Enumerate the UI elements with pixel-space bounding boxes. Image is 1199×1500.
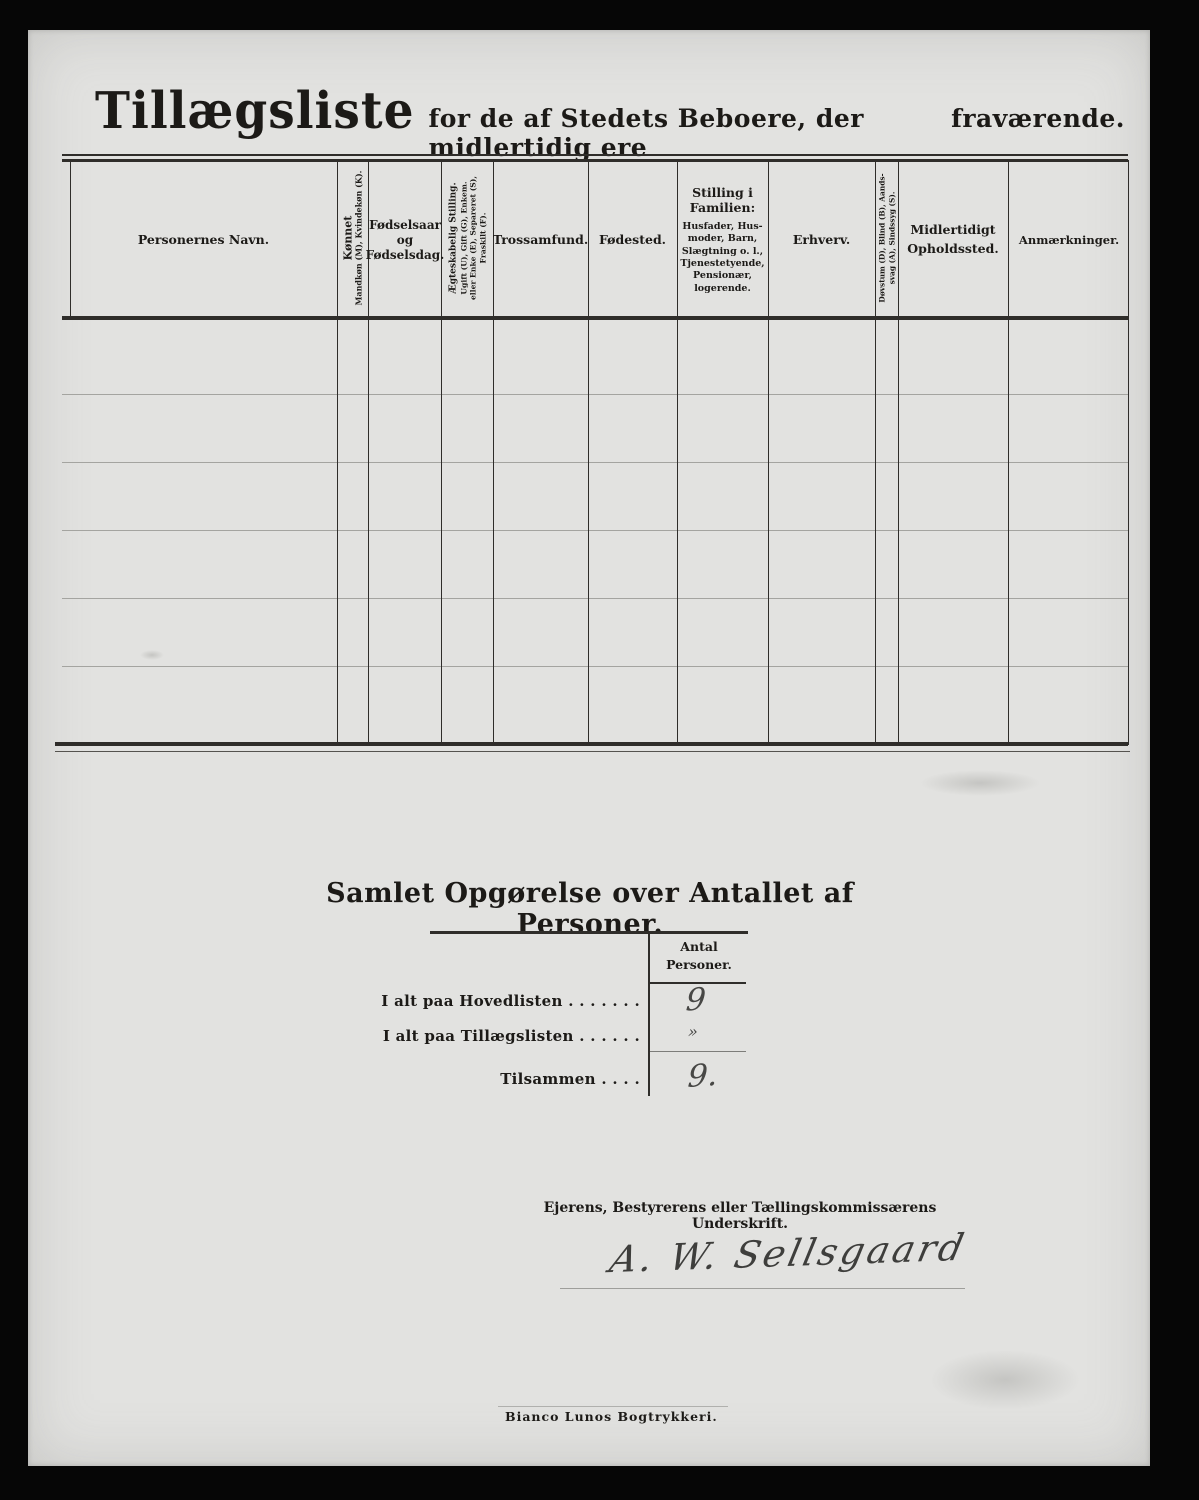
handwritten-count-hovedlisten: 9 bbox=[685, 981, 707, 1018]
table-top-rule-thin bbox=[62, 154, 1128, 156]
handwritten-count-tillaegslisten: » bbox=[687, 1022, 698, 1042]
column-label: Midlertidigt Opholdssted. bbox=[907, 221, 998, 259]
column-label: Erhverv. bbox=[793, 232, 850, 248]
header-bottom-rule bbox=[62, 316, 1128, 320]
row-divider bbox=[62, 530, 1128, 531]
column-label: Personernes Navn. bbox=[138, 232, 269, 248]
form-title: Tillægsliste for de af Stedets Beboere, … bbox=[95, 84, 1125, 162]
summary-row-label-tillaegslisten: I alt paa Tillægslisten . . . . . . bbox=[340, 1027, 640, 1045]
signature-line bbox=[560, 1288, 965, 1289]
column-divider bbox=[898, 160, 899, 745]
row-divider bbox=[62, 462, 1128, 463]
column-sublabel: Ugift (U), Gift (G), Enkem. eller Enke (… bbox=[459, 162, 487, 314]
column-header-trossamfund: Trossamfund. bbox=[495, 166, 586, 314]
column-sublabel: Mandkøn (M), Kvindekøn (K). bbox=[355, 162, 365, 314]
column-divider bbox=[70, 160, 71, 316]
column-divider bbox=[677, 160, 678, 745]
column-label: Døvstum (D), Blind (B), Aands- svag (A),… bbox=[877, 162, 896, 314]
column-header-fodselsaar: Fødselsaar og Fødselsdag. bbox=[370, 166, 440, 314]
scan-smudge bbox=[920, 770, 1040, 796]
row-divider bbox=[62, 598, 1128, 599]
column-sublabel: Husfader, Hus- moder, Barn, Slægtning o.… bbox=[680, 221, 764, 295]
scanned-census-form: Tillægsliste for de af Stedets Beboere, … bbox=[0, 0, 1199, 1500]
table-bottom-rule-thick bbox=[55, 742, 1128, 746]
column-label: Anmærkninger. bbox=[1019, 233, 1119, 247]
form-title-main: Tillægsliste bbox=[95, 82, 414, 141]
scan-smudge bbox=[930, 1350, 1080, 1410]
summary-count-header: Antal Personer. bbox=[650, 938, 748, 974]
footer-rule bbox=[498, 1406, 728, 1407]
printer-imprint: Bianco Lunos Bogtrykkeri. bbox=[505, 1409, 718, 1424]
column-divider bbox=[768, 160, 769, 745]
column-header-erhverv: Erhverv. bbox=[770, 166, 873, 314]
column-header-opholdssted: Midlertidigt Opholdssted. bbox=[900, 166, 1006, 314]
column-header-dovstum: Døvstum (D), Blind (B), Aands- svag (A),… bbox=[876, 162, 897, 314]
column-divider bbox=[1008, 160, 1009, 745]
row-divider bbox=[62, 666, 1128, 667]
row-divider bbox=[62, 394, 1128, 395]
scan-smudge bbox=[140, 650, 164, 660]
column-label: Fødested. bbox=[599, 232, 666, 248]
table-bottom-rule-thin bbox=[55, 751, 1130, 752]
table-right-border bbox=[1128, 160, 1129, 745]
column-header-konnet: Kønnet Mandkøn (M), Kvindekøn (K). bbox=[338, 162, 368, 314]
summary-sum-rule bbox=[650, 1051, 746, 1052]
column-header-personernes-navn: Personernes Navn. bbox=[72, 166, 335, 314]
table-top-rule-thick bbox=[62, 159, 1128, 162]
form-title-emphasis: fraværende. bbox=[951, 104, 1125, 133]
column-label: Fødselsaar og Fødselsdag. bbox=[366, 218, 445, 263]
column-header-anmaerkninger: Anmærkninger. bbox=[1010, 166, 1128, 314]
column-header-stilling-i-familien: Stilling i Familien: Husfader, Hus- mode… bbox=[679, 166, 766, 314]
column-header-aegteskabelig-stilling: Ægteskabelig Stilling. Ugift (U), Gift (… bbox=[443, 162, 492, 314]
column-label: Stilling i Familien: bbox=[690, 185, 755, 216]
column-header-fodested: Fødested. bbox=[590, 166, 675, 314]
column-label: Trossamfund. bbox=[493, 232, 588, 248]
summary-row-label-hovedlisten: I alt paa Hovedlisten . . . . . . . bbox=[340, 992, 640, 1010]
handwritten-count-tilsammen: 9. bbox=[687, 1057, 719, 1095]
signature-label: Ejerens, Bestyrerens eller Tællingskommi… bbox=[540, 1200, 940, 1232]
summary-row-label-tilsammen: Tilsammen . . . . bbox=[340, 1070, 640, 1088]
summary-top-rule bbox=[430, 931, 748, 934]
column-label: Ægteskabelig Stilling. bbox=[448, 162, 459, 314]
